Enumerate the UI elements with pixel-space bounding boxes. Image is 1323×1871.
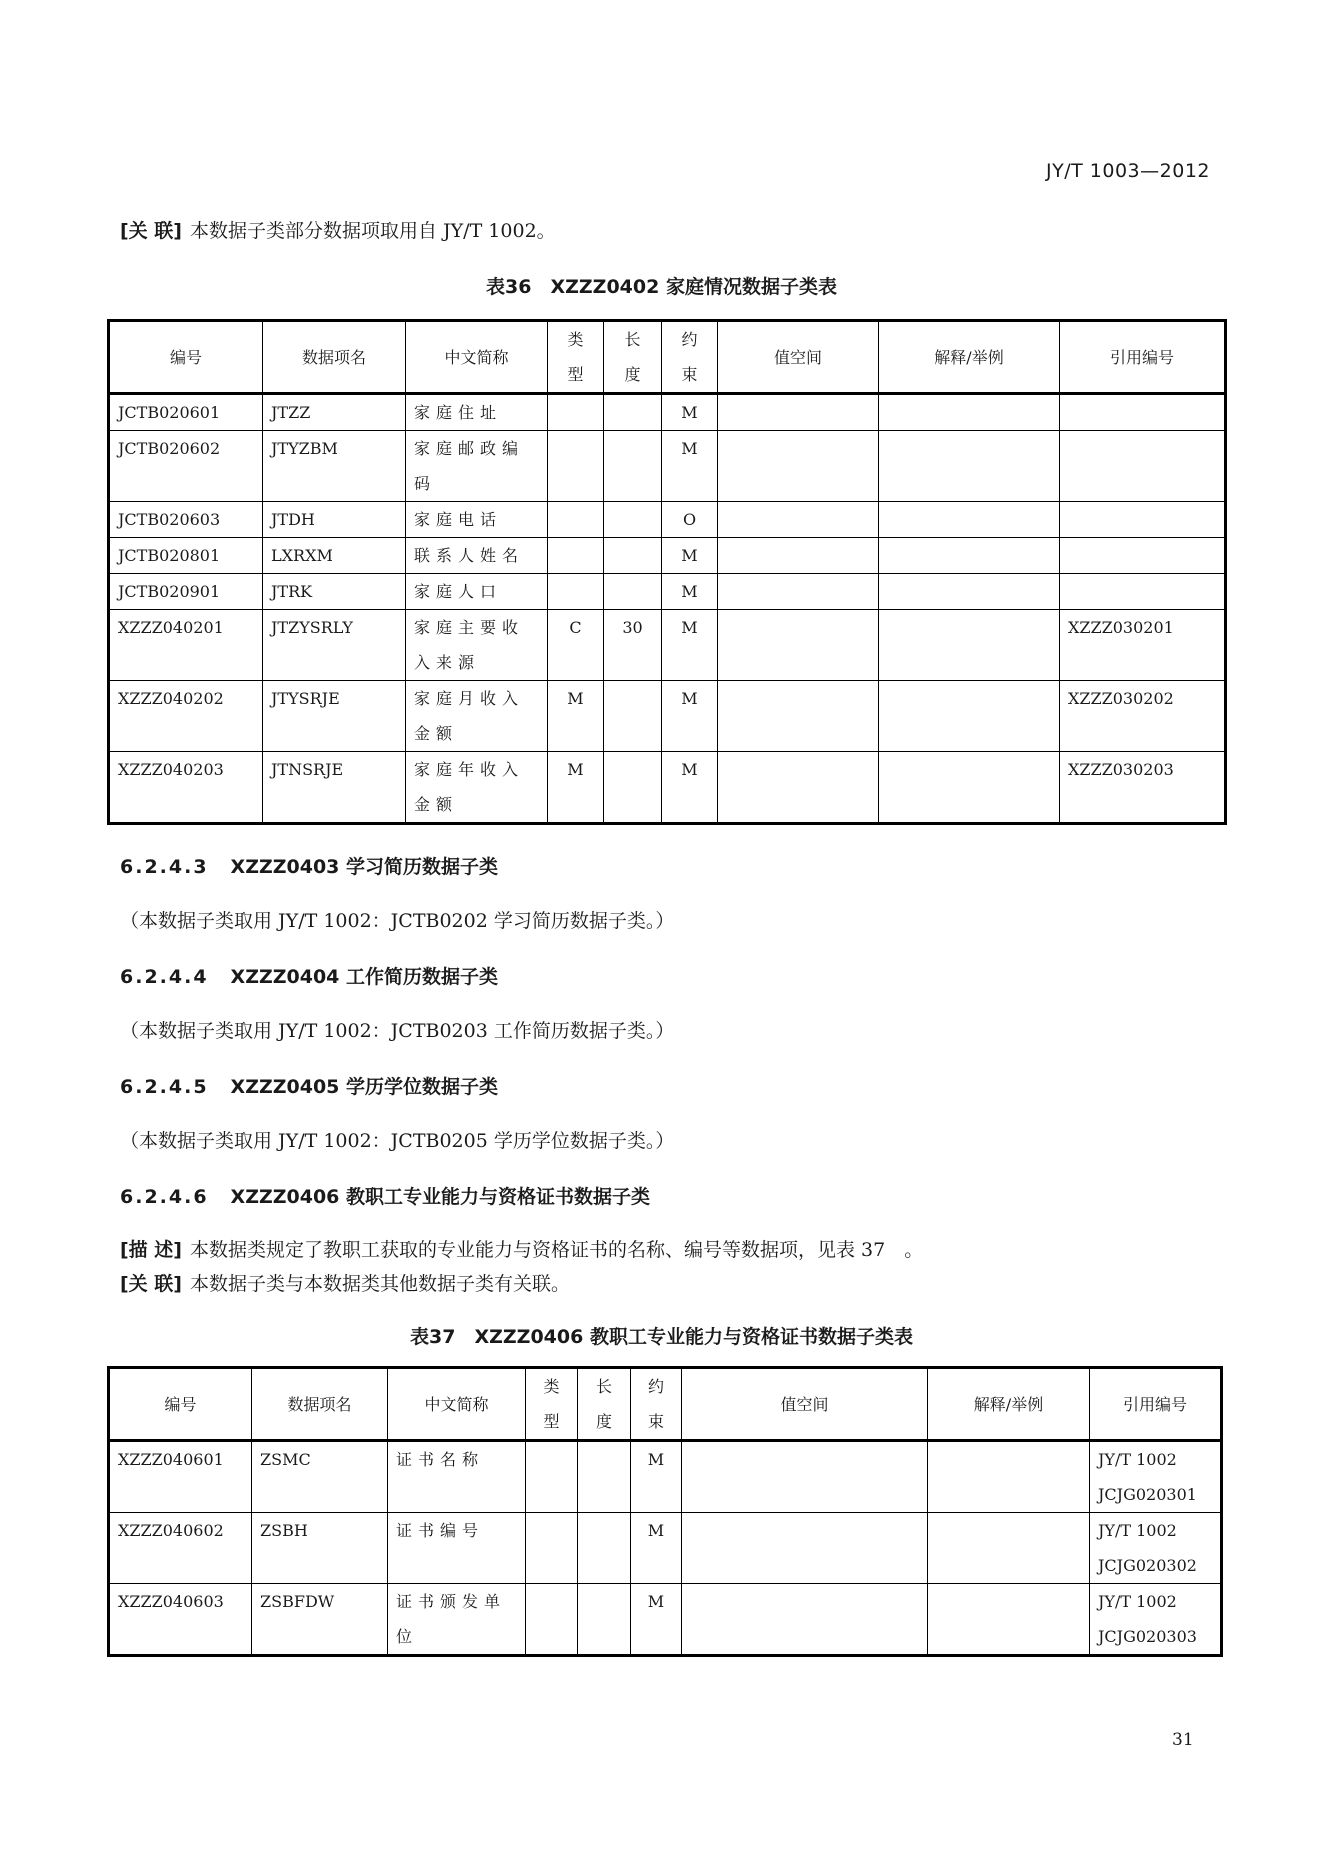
cell-value-space	[718, 681, 879, 752]
cell-length: 30	[604, 610, 662, 681]
cell-chinese-name: 家庭人口	[406, 574, 548, 610]
section-note-6245: （本数据子类取用 JY/T 1002：JCTB0205 学历学位数据子类。）	[120, 1126, 674, 1153]
col-header-type: 类型	[526, 1368, 578, 1441]
cell-value-space	[718, 752, 879, 824]
intro-relation-paragraph: [关 联]本数据子类部分数据项取用自 JY/T 1002。	[120, 216, 556, 243]
cell-value-space	[718, 574, 879, 610]
cell-type	[548, 502, 604, 538]
cell-example	[879, 574, 1060, 610]
col-header-id: 编号	[109, 1368, 252, 1441]
description-paragraph: [描 述]本数据类规定了教职工获取的专业能力与资格证书的名称、编号等数据项，见表…	[120, 1235, 923, 1262]
cell-id: JCTB020602	[109, 431, 263, 502]
col-header-item-name: 数据项名	[263, 321, 406, 394]
col-header-example: 解释/举例	[879, 321, 1060, 394]
col-header-length: 长度	[604, 321, 662, 394]
relation-text: 本数据子类与本数据类其他数据子类有关联。	[190, 1273, 570, 1295]
cell-length	[604, 502, 662, 538]
cell-item-name: JTNSRJE	[263, 752, 406, 824]
cell-chinese-name: 证书颁发单位	[388, 1584, 526, 1656]
cell-constraint: M	[631, 1584, 682, 1656]
cell-chinese-name: 证书编号	[388, 1513, 526, 1584]
cell-reference: XZZZ030202	[1060, 681, 1226, 752]
cell-example	[879, 681, 1060, 752]
section-note-6243: （本数据子类取用 JY/T 1002：JCTB0202 学习简历数据子类。）	[120, 906, 674, 933]
cell-constraint: M	[662, 394, 718, 431]
cell-id: JCTB020801	[109, 538, 263, 574]
cell-id: XZZZ040602	[109, 1513, 252, 1584]
cell-length	[604, 431, 662, 502]
col-header-constraint: 约束	[631, 1368, 682, 1441]
cell-type	[526, 1441, 578, 1513]
cell-reference: XZZZ030203	[1060, 752, 1226, 824]
cell-example	[879, 502, 1060, 538]
section-heading-6243: 6.2.4.3XZZZ0403 学习简历数据子类	[120, 852, 498, 879]
table36-header-row: 编号 数据项名 中文简称 类型 长度 约束 值空间 解释/举例 引用编号	[109, 321, 1226, 394]
cell-value-space	[718, 394, 879, 431]
cell-chinese-name: 证书名称	[388, 1441, 526, 1513]
cell-value-space	[718, 538, 879, 574]
cell-length	[604, 681, 662, 752]
cell-type	[526, 1584, 578, 1656]
cell-item-name: JTYZBM	[263, 431, 406, 502]
table-row: JCTB020601 JTZZ 家庭住址 M	[109, 394, 1226, 431]
cell-chinese-name: 家庭住址	[406, 394, 548, 431]
cell-constraint: M	[631, 1441, 682, 1513]
cell-example	[879, 752, 1060, 824]
cell-id: XZZZ040603	[109, 1584, 252, 1656]
table-row: XZZZ040602 ZSBH 证书编号 M JY/T 1002JCJG0203…	[109, 1513, 1222, 1584]
col-header-reference: 引用编号	[1060, 321, 1226, 394]
cell-value-space	[718, 610, 879, 681]
cell-length	[604, 752, 662, 824]
cell-type	[548, 538, 604, 574]
col-header-id: 编号	[109, 321, 263, 394]
page-number: 31	[1172, 1730, 1194, 1750]
col-header-reference: 引用编号	[1090, 1368, 1222, 1441]
cell-length	[578, 1513, 631, 1584]
cell-id: XZZZ040201	[109, 610, 263, 681]
col-header-item-name: 数据项名	[252, 1368, 388, 1441]
table-row: XZZZ040603 ZSBFDW 证书颁发单位 M JY/T 1002JCJG…	[109, 1584, 1222, 1656]
table-row: JCTB020801 LXRXM 联系人姓名 M	[109, 538, 1226, 574]
relation-tag: [关 联]	[120, 1273, 182, 1295]
cell-id: JCTB020601	[109, 394, 263, 431]
cell-id: XZZZ040202	[109, 681, 263, 752]
table37-caption: 表37 XZZZ0406 教职工专业能力与资格证书数据子类表	[0, 1322, 1323, 1349]
cell-constraint: M	[662, 681, 718, 752]
cell-constraint: M	[662, 431, 718, 502]
cell-type	[548, 574, 604, 610]
cell-type	[548, 431, 604, 502]
cell-reference: JY/T 1002JCJG020303	[1090, 1584, 1222, 1656]
col-header-chinese-name: 中文简称	[406, 321, 548, 394]
section-heading-6244: 6.2.4.4XZZZ0404 工作简历数据子类	[120, 962, 498, 989]
cell-id: JCTB020901	[109, 574, 263, 610]
cell-length	[604, 574, 662, 610]
table37-header-row: 编号 数据项名 中文简称 类型 长度 约束 值空间 解释/举例 引用编号	[109, 1368, 1222, 1441]
col-header-value-space: 值空间	[682, 1368, 928, 1441]
table-row: JCTB020901 JTRK 家庭人口 M	[109, 574, 1226, 610]
table-row: XZZZ040601 ZSMC 证书名称 M JY/T 1002JCJG0203…	[109, 1441, 1222, 1513]
cell-example	[928, 1584, 1090, 1656]
cell-reference	[1060, 394, 1226, 431]
cell-item-name: JTDH	[263, 502, 406, 538]
cell-example	[928, 1441, 1090, 1513]
cell-constraint: M	[662, 538, 718, 574]
table36-caption: 表36 XZZZ0402 家庭情况数据子类表	[0, 272, 1323, 299]
cell-value-space	[682, 1584, 928, 1656]
col-header-value-space: 值空间	[718, 321, 879, 394]
cell-reference	[1060, 431, 1226, 502]
cell-type: M	[548, 752, 604, 824]
cell-constraint: M	[662, 574, 718, 610]
col-header-type: 类型	[548, 321, 604, 394]
table-row: XZZZ040203 JTNSRJE 家庭年收入金额 M M XZZZ03020…	[109, 752, 1226, 824]
cell-value-space	[682, 1441, 928, 1513]
table-row: JCTB020603 JTDH 家庭电话 O	[109, 502, 1226, 538]
cell-id: JCTB020603	[109, 502, 263, 538]
cell-chinese-name: 家庭年收入金额	[406, 752, 548, 824]
cell-chinese-name: 家庭电话	[406, 502, 548, 538]
cell-example	[879, 394, 1060, 431]
table37: 编号 数据项名 中文简称 类型 长度 约束 值空间 解释/举例 引用编号 XZZ…	[107, 1366, 1223, 1657]
cell-chinese-name: 家庭月收入金额	[406, 681, 548, 752]
cell-value-space	[718, 502, 879, 538]
table-row: JCTB020602 JTYZBM 家庭邮政编码 M	[109, 431, 1226, 502]
col-header-example: 解释/举例	[928, 1368, 1090, 1441]
relation-tag: [关 联]	[120, 220, 182, 242]
col-header-length: 长度	[578, 1368, 631, 1441]
description-text: 本数据类规定了教职工获取的专业能力与资格证书的名称、编号等数据项，见表 37 。	[190, 1239, 923, 1261]
cell-type	[548, 394, 604, 431]
cell-reference: JY/T 1002JCJG020301	[1090, 1441, 1222, 1513]
cell-reference: XZZZ030201	[1060, 610, 1226, 681]
cell-constraint: O	[662, 502, 718, 538]
cell-chinese-name: 家庭邮政编码	[406, 431, 548, 502]
cell-example	[879, 431, 1060, 502]
cell-item-name: JTZYSRLY	[263, 610, 406, 681]
table36: 编号 数据项名 中文简称 类型 长度 约束 值空间 解释/举例 引用编号 JCT…	[107, 319, 1227, 825]
cell-type: M	[548, 681, 604, 752]
cell-example	[928, 1513, 1090, 1584]
cell-constraint: M	[662, 752, 718, 824]
cell-value-space	[718, 431, 879, 502]
cell-reference	[1060, 574, 1226, 610]
section-heading-6246: 6.2.4.6XZZZ0406 教职工专业能力与资格证书数据子类	[120, 1182, 650, 1209]
relation-text: 本数据子类部分数据项取用自 JY/T 1002。	[190, 220, 556, 242]
col-header-constraint: 约束	[662, 321, 718, 394]
cell-item-name: JTRK	[263, 574, 406, 610]
col-header-chinese-name: 中文简称	[388, 1368, 526, 1441]
cell-type	[526, 1513, 578, 1584]
standard-number: JY/T 1003—2012	[1046, 160, 1210, 182]
cell-value-space	[682, 1513, 928, 1584]
section-heading-6245: 6.2.4.5XZZZ0405 学历学位数据子类	[120, 1072, 498, 1099]
cell-constraint: M	[662, 610, 718, 681]
cell-length	[604, 538, 662, 574]
cell-item-name: ZSMC	[252, 1441, 388, 1513]
relation-paragraph: [关 联]本数据子类与本数据类其他数据子类有关联。	[120, 1269, 570, 1296]
cell-reference	[1060, 502, 1226, 538]
cell-item-name: ZSBH	[252, 1513, 388, 1584]
cell-id: XZZZ040601	[109, 1441, 252, 1513]
cell-type: C	[548, 610, 604, 681]
cell-reference	[1060, 538, 1226, 574]
cell-item-name: JTZZ	[263, 394, 406, 431]
cell-length	[578, 1441, 631, 1513]
cell-constraint: M	[631, 1513, 682, 1584]
cell-length	[604, 394, 662, 431]
cell-item-name: ZSBFDW	[252, 1584, 388, 1656]
cell-example	[879, 610, 1060, 681]
table-row: XZZZ040202 JTYSRJE 家庭月收入金额 M M XZZZ03020…	[109, 681, 1226, 752]
cell-chinese-name: 家庭主要收入来源	[406, 610, 548, 681]
cell-chinese-name: 联系人姓名	[406, 538, 548, 574]
description-tag: [描 述]	[120, 1239, 182, 1261]
cell-example	[879, 538, 1060, 574]
cell-reference: JY/T 1002JCJG020302	[1090, 1513, 1222, 1584]
table-row: XZZZ040201 JTZYSRLY 家庭主要收入来源 C 30 M XZZZ…	[109, 610, 1226, 681]
section-note-6244: （本数据子类取用 JY/T 1002：JCTB0203 工作简历数据子类。）	[120, 1016, 674, 1043]
cell-item-name: JTYSRJE	[263, 681, 406, 752]
cell-length	[578, 1584, 631, 1656]
cell-item-name: LXRXM	[263, 538, 406, 574]
cell-id: XZZZ040203	[109, 752, 263, 824]
